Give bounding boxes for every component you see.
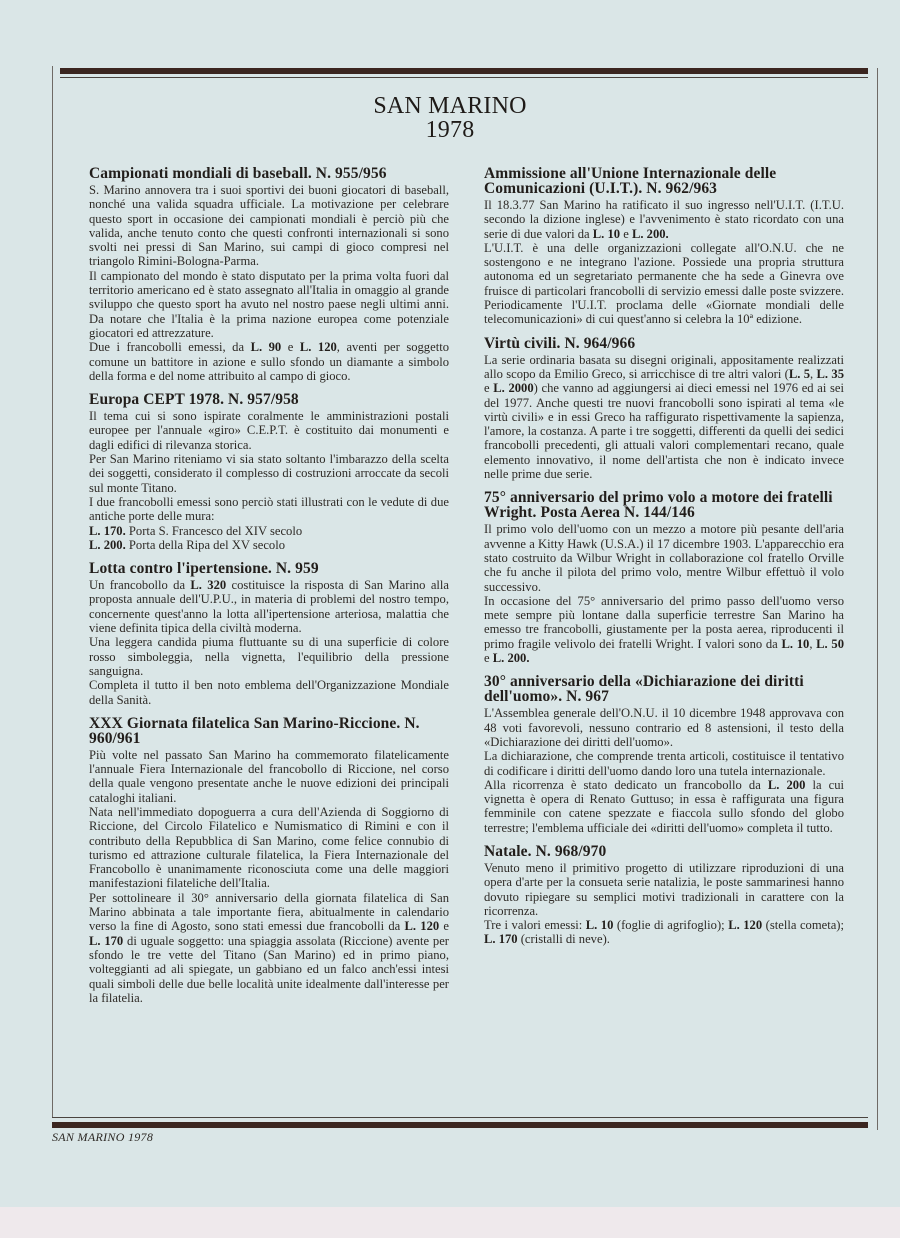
section-paragraph: L. 200. Porta della Ripa del XV secolo [89,538,449,552]
left-border-line [52,66,53,1118]
right-border-line [877,68,878,1130]
section-paragraph: Per San Marino riteniamo vi sia stato so… [89,452,449,495]
section-paragraph: Nata nell'immediato dopoguerra a cura de… [89,805,449,891]
section-heading: 75° anniversario del primo volo a motore… [484,490,844,520]
article-section: Natale. N. 968/970Venuto meno il primiti… [484,844,844,947]
article-section: 75° anniversario del primo volo a motore… [484,490,844,665]
title-year: 1978 [0,118,900,142]
section-heading: XXX Giornata filatelica San Marino-Ricci… [89,716,449,746]
section-paragraph: Una leggera candida piuma fluttuante su … [89,635,449,678]
page-bottom-edge [0,1207,900,1238]
top-thin-rule [60,77,868,78]
section-paragraph: Tre i valori emessi: L. 10 (foglie di ag… [484,918,844,947]
section-paragraph: Il campionato del mondo è stato disputat… [89,269,449,340]
section-paragraph: Per sottolineare il 30° anniversario del… [89,891,449,1005]
section-paragraph: In occasione del 75° anniversario del pr… [484,594,844,665]
section-heading: Lotta contro l'ipertensione. N. 959 [89,561,449,576]
article-section: Ammissione all'Unione Internazionale del… [484,166,844,327]
section-heading: Virtù civili. N. 964/966 [484,336,844,351]
article-section: Virtù civili. N. 964/966La serie ordinar… [484,336,844,482]
section-paragraph: Il tema cui si sono ispirate coralmente … [89,409,449,452]
section-paragraph: S. Marino annovera tra i suoi sportivi d… [89,183,449,269]
section-paragraph: Il primo volo dell'uomo con un mezzo a m… [484,522,844,593]
top-thick-rule [60,68,868,74]
bottom-thick-rule [52,1122,868,1128]
footer-caption: SAN MARINO 1978 [52,1130,153,1145]
section-paragraph: La serie ordinaria basata su disegni ori… [484,353,844,482]
section-heading: Natale. N. 968/970 [484,844,844,859]
article-section: Campionati mondiali di baseball. N. 955/… [89,166,449,383]
section-paragraph: Venuto meno il primitivo progetto di uti… [484,861,844,918]
section-paragraph: I due francobolli emessi sono perciò sta… [89,495,449,524]
page-title: SAN MARINO 1978 [0,94,900,142]
article-section: 30° anniversario della «Dichiarazione de… [484,674,844,835]
section-paragraph: La dichiarazione, che comprende trenta a… [484,749,844,778]
section-paragraph: Alla ricorrenza è stato dedicato un fran… [484,778,844,835]
right-column: Ammissione all'Unione Internazionale del… [484,166,844,956]
article-section: XXX Giornata filatelica San Marino-Ricci… [89,716,449,1005]
section-paragraph: L'Assemblea generale dell'O.N.U. il 10 d… [484,706,844,749]
section-paragraph: L'U.I.T. è una delle organizzazioni coll… [484,241,844,327]
section-paragraph: Due i francobolli emessi, da L. 90 e L. … [89,340,449,383]
section-heading: Europa CEPT 1978. N. 957/958 [89,392,449,407]
section-paragraph: Completa il tutto il ben noto emblema de… [89,678,449,707]
section-paragraph: Più volte nel passato San Marino ha comm… [89,748,449,805]
article-section: Europa CEPT 1978. N. 957/958Il tema cui … [89,392,449,552]
section-heading: Campionati mondiali di baseball. N. 955/… [89,166,449,181]
bottom-thin-rule [52,1117,868,1118]
section-heading: Ammissione all'Unione Internazionale del… [484,166,844,196]
section-paragraph: Il 18.3.77 San Marino ha ratificato il s… [484,198,844,241]
left-column: Campionati mondiali di baseball. N. 955/… [89,166,449,1014]
section-paragraph: Un francobollo da L. 320 costituisce la … [89,578,449,635]
article-section: Lotta contro l'ipertensione. N. 959Un fr… [89,561,449,707]
title-country: SAN MARINO [0,94,900,118]
section-heading: 30° anniversario della «Dichiarazione de… [484,674,844,704]
section-paragraph: L. 170. Porta S. Francesco del XIV secol… [89,524,449,538]
